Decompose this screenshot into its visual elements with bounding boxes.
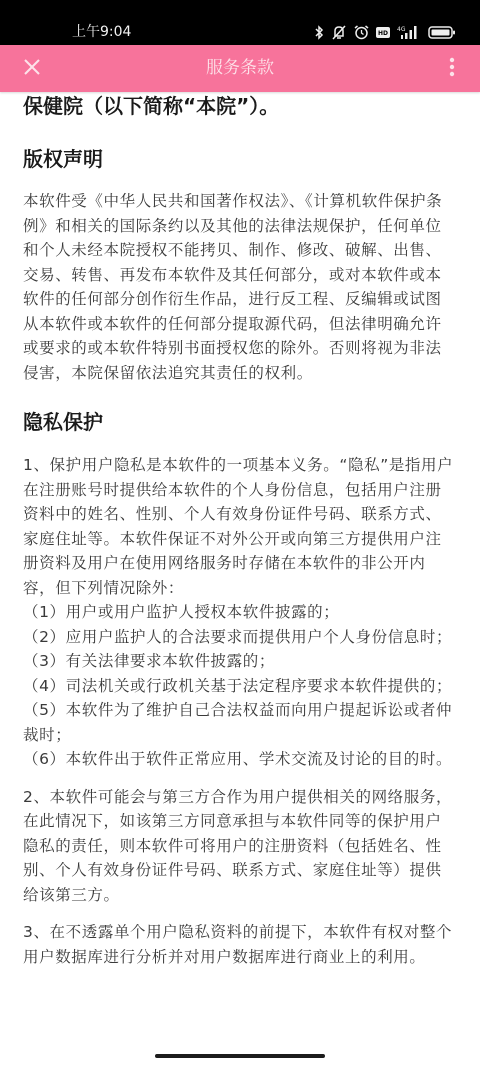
exception-item: （6）本软件出于软件正常应用、学术交流及讨论的目的时。 bbox=[23, 747, 457, 772]
svg-text:4G: 4G bbox=[397, 26, 406, 33]
privacy-paragraph-2: 2、本软件可能会与第三方合作为用户提供相关的网络服务，在此情况下，如该第三方同意… bbox=[23, 785, 457, 908]
intro-tail: 保健院（以下简称“本院”）。 bbox=[23, 90, 457, 122]
close-button[interactable] bbox=[18, 55, 46, 83]
mute-icon bbox=[331, 25, 347, 40]
exception-item: （5）本软件为了维护自己合法权益而向用户提起诉讼或者仲裁时； bbox=[23, 698, 457, 747]
exceptions-list: （1）用户或用户监护人授权本软件披露的； （2）应用户监护人的合法要求而提供用户… bbox=[23, 600, 457, 772]
terms-content: 保健院（以下简称“本院”）。 版权声明 本软件受《中华人民共和国著作权法》、《计… bbox=[0, 84, 480, 969]
section-title-copyright: 版权声明 bbox=[23, 144, 457, 174]
status-time: 上午9:04 bbox=[72, 24, 131, 40]
privacy-paragraph-3: 3、在不透露单个用户隐私资料的前提下，本软件有权对整个用户数据库进行分析并对用户… bbox=[23, 920, 457, 969]
page-title: 服务条款 bbox=[0, 45, 480, 92]
status-icons: HD 4G bbox=[315, 24, 456, 40]
status-bar: 上午9:04 HD 4G bbox=[0, 0, 480, 45]
close-icon bbox=[23, 58, 41, 80]
privacy-paragraph-1: 1、保护用户隐私是本软件的一项基本义务。“隐私”是指用户在注册账号时提供给本软件… bbox=[23, 453, 457, 600]
hd-icon: HD bbox=[376, 27, 390, 38]
exception-item: （1）用户或用户监护人授权本软件披露的； bbox=[23, 600, 457, 625]
4g-signal-icon: 4G bbox=[397, 25, 421, 39]
exception-item: （4）司法机关或行政机关基于法定程序要求本软件提供的； bbox=[23, 674, 457, 699]
svg-text:HD: HD bbox=[378, 30, 388, 37]
battery-icon bbox=[428, 26, 456, 39]
more-options-button[interactable] bbox=[444, 55, 460, 83]
alarm-icon bbox=[354, 25, 369, 40]
exception-item: （3）有关法律要求本软件披露的； bbox=[23, 649, 457, 674]
more-vertical-icon bbox=[449, 57, 455, 81]
exception-item: （2）应用户监护人的合法要求而提供用户个人身份信息时； bbox=[23, 625, 457, 650]
home-indicator[interactable] bbox=[155, 1054, 325, 1058]
copyright-paragraph: 本软件受《中华人民共和国著作权法》、《计算机软件保护条例》和相关的国际条约以及其… bbox=[23, 189, 457, 385]
app-header: 服务条款 bbox=[0, 45, 480, 92]
bluetooth-icon bbox=[315, 25, 324, 40]
section-title-privacy: 隐私保护 bbox=[23, 407, 457, 437]
